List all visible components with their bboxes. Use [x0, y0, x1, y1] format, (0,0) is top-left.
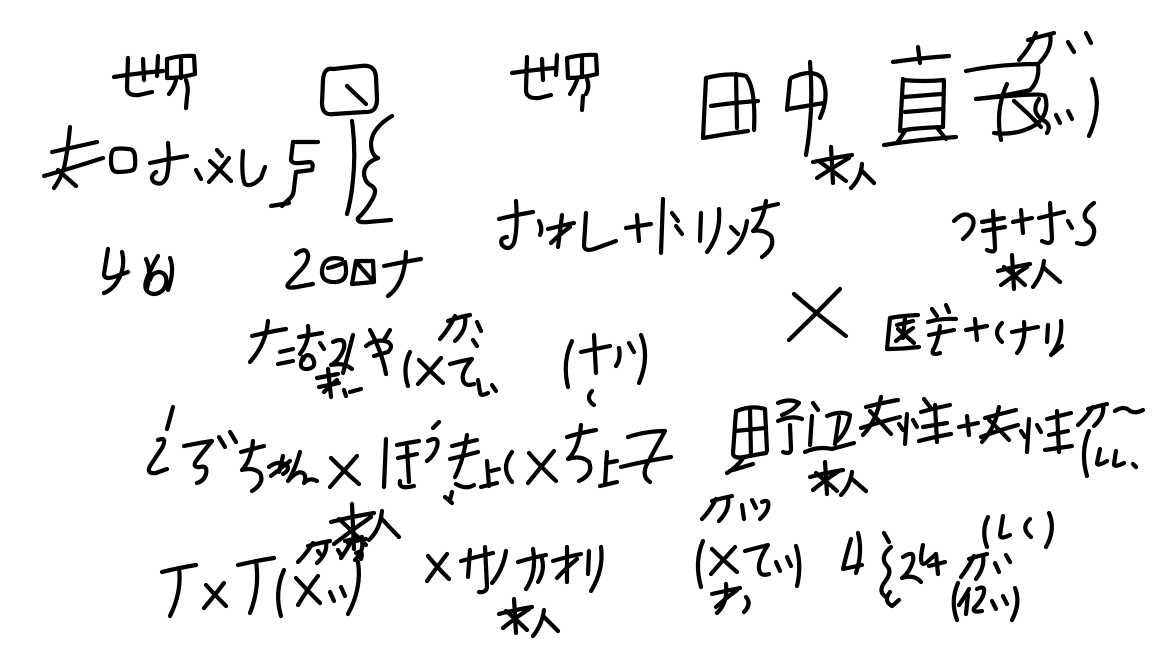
ink-stroke: [639, 335, 645, 383]
ink-stroke: [143, 59, 144, 80]
ink-stroke: [544, 617, 558, 631]
ink-stroke: [111, 149, 135, 173]
ink-stroke: [533, 610, 544, 636]
ink-stroke: [1089, 79, 1097, 136]
ink-stroke: [52, 142, 97, 152]
ink-stroke: [787, 80, 790, 110]
handwriting-tanamiya-note-top: [440, 315, 481, 346]
ink-stroke: [230, 432, 236, 442]
ink-stroke: [1051, 321, 1062, 355]
ink-stroke: [433, 422, 439, 428]
ink-stroke: [731, 227, 738, 234]
ink-stroke: [851, 164, 862, 188]
ink-stroke: [341, 587, 345, 596]
ink-stroke: [752, 500, 756, 508]
ink-stroke: [606, 461, 617, 463]
ink-stroke: [320, 343, 324, 349]
ink-stroke: [933, 326, 940, 354]
ink-stroke: [997, 323, 1002, 342]
ink-stroke: [506, 452, 512, 482]
ink-stroke: [974, 588, 984, 612]
ink-stroke: [278, 361, 293, 364]
handwriting-big-doodle-glyph: [271, 66, 392, 222]
ink-stroke: [594, 335, 596, 373]
ink-stroke: [167, 407, 173, 429]
ink-stroke: [637, 215, 639, 241]
handwriting-rei-bottom-right: [954, 583, 1018, 620]
handwriting-kei-paren: [566, 335, 645, 405]
handwriting-tanamiya-honnin: [317, 369, 361, 397]
handwriting-ni-ro-na: [287, 250, 421, 296]
ink-stroke: [628, 431, 665, 482]
ink-stroke: [300, 326, 308, 354]
ink-stroke: [542, 59, 543, 80]
ink-stroke: [491, 469, 499, 471]
ink-stroke: [698, 541, 703, 587]
ink-stroke: [1068, 111, 1072, 119]
ink-stroke: [778, 417, 802, 421]
ink-stroke: [288, 452, 317, 483]
ink-stroke: [905, 414, 907, 444]
ink-stroke: [676, 226, 682, 234]
ink-stroke: [358, 264, 371, 279]
ink-stroke: [856, 533, 860, 573]
handwriting-tanaka-mayumi: [703, 47, 1046, 155]
ink-stroke: [348, 562, 359, 614]
ink-stroke: [929, 330, 954, 335]
ink-stroke: [736, 74, 737, 128]
ink-stroke: [157, 56, 158, 76]
ink-stroke: [287, 250, 313, 287]
ink-stroke: [900, 79, 944, 131]
ink-stroke: [1077, 203, 1094, 244]
ink-stroke: [252, 329, 286, 336]
ink-stroke: [861, 417, 900, 428]
ink-stroke: [1097, 449, 1107, 465]
ink-stroke: [169, 80, 176, 94]
ink-stroke: [887, 592, 899, 606]
handwriting-sanokaori-honnin: [499, 599, 558, 636]
ink-stroke: [400, 481, 414, 487]
ink-stroke: [1115, 408, 1143, 412]
ink-stroke: [566, 341, 572, 387]
ink-stroke: [461, 553, 493, 561]
ink-stroke: [884, 533, 889, 542]
ink-stroke: [787, 557, 791, 566]
ink-stroke: [591, 547, 602, 591]
ink-stroke: [1003, 596, 1007, 604]
ink-stroke: [358, 158, 391, 222]
handwriting-sekai-top-left: [114, 56, 195, 108]
ink-stroke: [1027, 419, 1029, 452]
ink-stroke: [923, 423, 947, 427]
handwriting-nobe-note-paren: [1084, 431, 1136, 476]
ink-stroke: [582, 96, 583, 110]
ink-stroke: [1021, 431, 1025, 437]
ink-stroke: [1042, 203, 1052, 243]
ink-stroke: [831, 147, 833, 183]
ink-stroke: [278, 570, 284, 616]
ink-stroke: [512, 68, 555, 73]
ink-stroke: [477, 322, 481, 331]
ink-stroke: [745, 545, 769, 575]
ink-stroke: [473, 340, 477, 346]
ink-stroke: [468, 550, 470, 577]
ink-stroke: [1037, 425, 1041, 432]
ink-stroke: [322, 258, 346, 282]
ink-stroke: [776, 562, 780, 571]
handwriting-tanamiya-note-paren: [405, 352, 496, 395]
ink-stroke: [250, 321, 268, 362]
ink-stroke: [984, 517, 988, 547]
ink-stroke: [570, 80, 577, 94]
ink-stroke: [966, 594, 968, 614]
ink-stroke: [388, 252, 406, 296]
ink-stroke: [1114, 451, 1124, 466]
ink-stroke: [556, 55, 557, 75]
ink-stroke: [478, 380, 488, 395]
ink-stroke: [976, 556, 983, 579]
ink-stroke: [1047, 325, 1048, 342]
handwriting-chichi-note-paren: [698, 541, 799, 587]
handwriting-nobe-honnin: [810, 462, 866, 495]
ink-stroke: [744, 597, 749, 612]
handwriting-shiku-paren: [984, 513, 1052, 547]
ink-stroke: [1133, 464, 1136, 467]
ink-stroke: [742, 505, 744, 519]
ink-stroke: [384, 259, 421, 266]
ink-stroke: [271, 203, 289, 206]
ink-stroke: [456, 484, 474, 487]
ink-stroke: [1000, 516, 1010, 538]
handwriting-watashi: [712, 584, 749, 613]
ink-stroke: [539, 221, 541, 235]
ink-stroke: [985, 410, 1016, 418]
ink-stroke: [318, 551, 320, 554]
ink-stroke: [806, 62, 811, 155]
ink-stroke: [384, 439, 386, 487]
handwriting-igaku-kusuri: [887, 305, 1062, 355]
handwriting-nobe-note-top: [1078, 404, 1143, 426]
ink-stroke: [492, 551, 506, 583]
ink-stroke: [330, 592, 334, 601]
ink-stroke: [862, 171, 874, 183]
ink-stroke: [526, 549, 534, 589]
handwriting-kame: [104, 249, 172, 294]
ink-stroke: [407, 447, 409, 482]
ink-stroke: [347, 86, 366, 104]
ink-stroke: [921, 545, 936, 564]
handwriting-tanaka-note-top: [1019, 33, 1091, 62]
ink-layer: [0, 0, 1152, 648]
ink-stroke: [924, 399, 930, 407]
ink-stroke: [703, 131, 748, 138]
ink-stroke: [250, 561, 257, 613]
ink-stroke: [778, 401, 799, 416]
ink-stroke: [810, 416, 812, 445]
ink-stroke: [301, 355, 314, 369]
ink-stroke: [928, 319, 956, 322]
ink-stroke: [1046, 513, 1052, 547]
handwriting-tsuma-oso: [954, 203, 1094, 251]
ink-stroke: [584, 213, 616, 250]
ink-stroke: [1056, 115, 1060, 123]
handwriting-rei-br-note-top: [961, 554, 1010, 579]
ink-stroke: [796, 546, 799, 586]
ink-stroke: [750, 409, 751, 455]
ink-stroke: [501, 201, 516, 248]
ink-stroke: [1045, 446, 1072, 450]
ink-stroke: [805, 443, 854, 452]
ink-stroke: [168, 258, 172, 290]
ink-stroke: [899, 424, 903, 430]
ink-stroke: [344, 390, 346, 396]
ink-stroke: [1068, 221, 1072, 228]
ink-stroke: [487, 461, 489, 486]
ink-stroke: [813, 403, 818, 410]
handwriting-ore-drink: [499, 199, 778, 257]
ink-stroke: [217, 150, 222, 156]
ink-stroke: [954, 583, 958, 620]
ink-stroke: [760, 501, 768, 519]
ink-stroke: [186, 80, 188, 108]
ink-stroke: [904, 94, 941, 97]
handwriting-yuumi: [843, 533, 936, 606]
ink-stroke: [1017, 322, 1024, 353]
ink-stroke: [700, 213, 701, 241]
ink-stroke: [492, 385, 496, 391]
ink-stroke: [149, 439, 167, 473]
ink-stroke: [661, 199, 663, 253]
ink-stroke: [196, 170, 201, 179]
ink-stroke: [405, 352, 410, 386]
ink-stroke: [605, 452, 607, 485]
ink-stroke: [981, 425, 1018, 437]
ink-stroke: [299, 333, 322, 337]
handwriting-tanaka-honnin: [813, 147, 874, 188]
handwriting-tsuma-honnin: [998, 255, 1060, 289]
ink-stroke: [902, 554, 921, 582]
ink-stroke: [719, 498, 728, 521]
ink-stroke: [995, 563, 999, 572]
ink-stroke: [382, 519, 399, 537]
ink-stroke: [526, 57, 551, 98]
drawing-canvas[interactable]: [0, 0, 1152, 648]
ink-stroke: [538, 556, 543, 582]
ink-stroke: [1025, 519, 1031, 537]
ink-stroke: [881, 547, 891, 597]
ink-stroke: [350, 389, 361, 392]
handwriting-mainichi-ore: [44, 127, 265, 188]
handwriting-chichi-ni: [702, 496, 768, 521]
ink-stroke: [913, 420, 917, 427]
ink-stroke: [788, 103, 824, 109]
handwriting-sekai-top-mid: [512, 55, 597, 110]
ink-stroke: [936, 554, 938, 574]
ink-stroke: [932, 309, 937, 316]
ink-stroke: [282, 142, 318, 206]
handwriting-sanokaori: [427, 547, 602, 592]
ink-stroke: [427, 439, 438, 461]
ink-stroke: [791, 73, 826, 118]
ink-stroke: [219, 437, 225, 447]
ink-stroke: [450, 359, 474, 385]
ink-stroke: [905, 109, 941, 112]
ink-stroke: [242, 151, 265, 185]
ink-stroke: [586, 79, 588, 94]
ink-stroke: [703, 78, 706, 138]
ink-stroke: [1049, 431, 1068, 435]
ink-stroke: [1068, 42, 1074, 52]
ink-stroke: [589, 391, 594, 405]
ink-stroke: [1033, 261, 1044, 287]
ink-stroke: [967, 416, 969, 435]
handwriting-big-x: [789, 289, 846, 340]
ink-stroke: [1006, 555, 1010, 562]
ink-stroke: [841, 472, 852, 495]
ink-stroke: [44, 158, 103, 176]
ink-stroke: [616, 348, 620, 366]
handwriting-nobe-josei: [727, 397, 1072, 473]
ink-stroke: [1021, 210, 1023, 233]
ink-stroke: [918, 47, 920, 63]
ink-stroke: [707, 209, 719, 252]
ink-stroke: [1084, 431, 1089, 476]
ink-stroke: [783, 425, 791, 453]
ink-stroke: [371, 116, 392, 158]
ink-stroke: [384, 330, 390, 340]
ink-stroke: [481, 483, 497, 487]
ink-stroke: [184, 441, 212, 483]
ink-stroke: [280, 349, 293, 352]
ink-stroke: [347, 121, 354, 214]
ink-stroke: [170, 568, 180, 616]
ink-stroke: [1086, 33, 1091, 43]
ink-stroke: [1044, 268, 1060, 282]
ink-stroke: [954, 214, 974, 239]
ink-stroke: [946, 305, 949, 312]
ink-stroke: [672, 213, 678, 221]
ink-stroke: [1012, 588, 1017, 620]
handwriting-honnin-mid: [318, 504, 399, 554]
ink-stroke: [992, 601, 996, 609]
ink-stroke: [588, 551, 589, 574]
ink-stroke: [629, 343, 634, 352]
handwriting-kudechan-row: [149, 407, 671, 503]
ink-stroke: [397, 441, 419, 445]
ink-stroke: [975, 319, 977, 340]
ink-stroke: [600, 482, 617, 486]
ink-stroke: [852, 479, 866, 491]
ink-stroke: [455, 317, 465, 341]
handwriting-txt-rei: [162, 552, 362, 616]
handwriting-tanamiya: [250, 321, 391, 374]
